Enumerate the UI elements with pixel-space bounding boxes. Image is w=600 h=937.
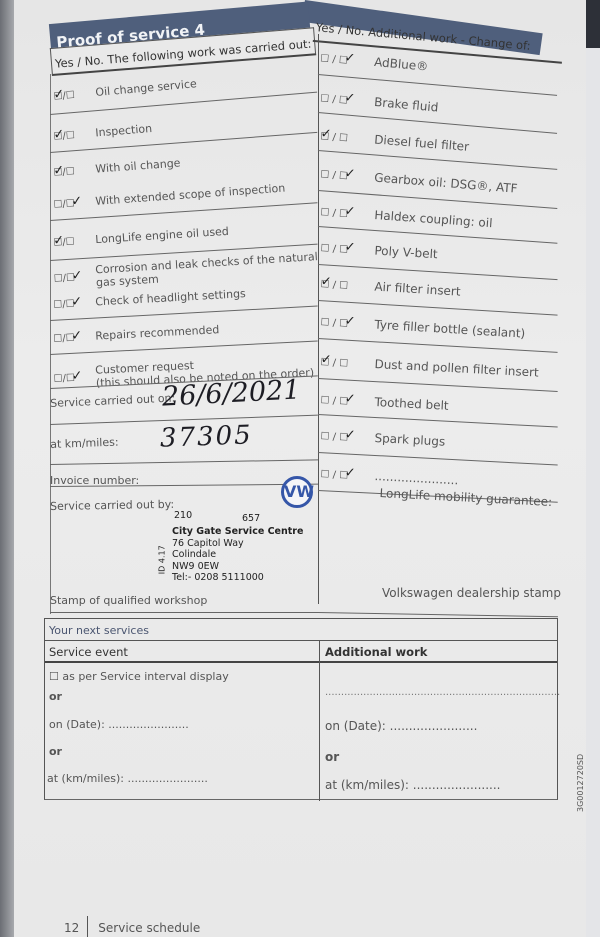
work-row: ☐/☐✓With extended scope of inspection [50,179,318,211]
work-row: ☐/☐✓Inspection [50,109,318,143]
tick-icon: ✓ [71,328,83,344]
work-label: LongLife engine oil used [95,225,229,246]
yes-no-checkbox[interactable]: ☐/☐✓ [53,332,88,345]
additional-work-label: Brake fluid [374,95,439,115]
additional-work-row: ☐ / ☐✓Brake fluid [317,90,557,125]
work-row: ☐/☐✓LongLife engine oil used [50,219,318,249]
yes-no-checkbox[interactable]: ☐/☐✓ [53,272,88,285]
workshop-area: Colindale [172,549,216,560]
stamp-side-code: ID 4.17 [157,545,169,574]
tick-icon: ✓ [71,194,83,210]
workshop-street: 76 Capitol Way [172,538,244,549]
page-footer: 12Service schedule [64,916,200,935]
additional-work-row: ☐ / ☐✓Gearbox oil: DSG®, ATF [317,166,557,199]
work-label: With oil change [95,156,181,175]
tick-icon: ✓ [344,391,356,407]
tick-icon: ✓ [344,90,356,106]
yes-no-checkbox[interactable]: ☐/☐✓ [53,165,88,178]
yes-no-checkbox[interactable]: ☐ / ☐✓ [320,357,355,370]
additional-work-row: ☐ / ☐✓Diesel fuel filter [317,128,557,161]
document-code: 3G0012720SD [576,754,585,812]
additional-work-label: Air filter insert [374,279,461,298]
tick-icon: ✓ [344,166,356,182]
tick-icon: ✓ [344,204,356,220]
tick-icon: ✓ [344,50,356,66]
service-event-header: Service event [49,645,128,659]
next-mileage-field[interactable]: at (km/miles): ....................... [47,772,208,785]
additional-work-row: ☐ / ☐✓Haldex coupling: oil [317,204,557,235]
table-rule [50,612,318,613]
proof-of-service-table: Proof of service 4 Yes / No. The followi… [50,14,555,610]
next-services-header-row: Service event Additional work [45,641,557,663]
tick-icon: ✓ [71,294,83,310]
additional-work-label: Haldex coupling: oil [374,208,493,230]
yes-no-checkbox[interactable]: ☐/☐✓ [53,129,88,143]
yes-no-checkbox[interactable]: ☐ / ☐✓ [320,207,355,220]
table-rule [318,378,558,392]
or-label-3: or [325,750,339,764]
additional-work-row: ☐ / ☐✓Poly V-belt [317,240,557,269]
table-rule [50,459,318,465]
tick-icon: ✓ [320,352,332,368]
yes-no-checkbox[interactable]: ☐ / ☐✓ [320,93,355,107]
tick-icon: ✓ [344,427,356,443]
tick-icon: ✓ [344,240,356,256]
yes-no-checkbox[interactable]: ☐ / ☐✓ [320,279,355,292]
work-row: ☐/☐✓With oil change [50,146,318,179]
tick-icon: ✓ [320,274,332,290]
additional-mileage-field[interactable]: at (km/miles): ....................... [325,778,501,792]
workshop-name: City Gate Service Centre [172,526,303,537]
page-number: 12 [64,921,79,935]
additional-work-row: ☐ / ☐✓Air filter insert [317,276,557,305]
yes-no-checkbox[interactable]: ☐ / ☐✓ [320,317,355,330]
interval-display-checkbox[interactable]: ☐ as per Service interval display [49,670,229,683]
book-spine-edge [0,0,14,937]
work-label: Oil change service [95,77,197,99]
next-date-field[interactable]: on (Date): ....................... [49,718,189,731]
yes-no-checkbox[interactable]: ☐ / ☐✓ [320,243,355,256]
yes-no-checkbox[interactable]: ☐/☐✓ [53,89,88,103]
yes-no-checkbox[interactable]: ☐/☐✓ [53,236,88,249]
additional-work-label[interactable]: ...................... [374,469,459,487]
additional-work-header: Additional work [325,645,427,659]
yes-no-checkbox[interactable]: ☐ / ☐✓ [320,169,355,183]
yes-no-checkbox[interactable]: ☐ / ☐✓ [320,53,355,67]
additional-work-row: ☐ / ☐✓Spark plugs [317,428,557,455]
work-label: Check of headlight settings [95,287,246,308]
stamp-number-right: 657 [242,513,260,525]
work-label: Repairs recommended [95,323,220,342]
tick-icon: ✓ [71,368,83,384]
section-name: Service schedule [98,921,200,935]
tick-icon: ✓ [53,87,65,103]
yes-no-checkbox[interactable]: ☐ / ☐✓ [320,431,355,444]
yes-no-checkbox[interactable]: ☐/☐✓ [53,298,88,311]
tick-icon: ✓ [344,465,356,481]
additional-work-label: Spark plugs [374,431,445,449]
dealership-stamp-label: Volkswagen dealership stamp [382,586,600,600]
table-rule [318,452,558,466]
tick-icon: ✓ [53,233,65,249]
tick-icon: ✓ [320,126,332,142]
yes-no-checkbox[interactable]: ☐/☐✓ [53,372,87,385]
additional-work-label: Toothed belt [374,395,449,413]
tick-icon: ✓ [71,268,83,284]
tick-icon: ✓ [344,314,356,330]
next-services-title: Your next services [45,619,557,641]
invoice-number-label: Invoice number: [50,474,318,487]
additional-work-label: Gearbox oil: DSG®, ATF [374,170,518,195]
additional-work-label: Poly V-belt [374,243,438,261]
work-label: With extended scope of inspection [95,182,286,208]
work-row: ☐/☐✓Repairs recommended [50,318,318,345]
stamp-number-left: 210 [174,510,192,522]
additional-work-label: AdBlue® [374,55,429,74]
additional-work-label: Dust and pollen filter insert [374,357,539,380]
additional-work-row: ☐ / ☐✓Dust and pollen filter insert [317,354,557,381]
next-services-divider [319,641,320,801]
tick-icon: ✓ [53,127,65,143]
footer-separator [87,916,88,937]
work-label: Inspection [95,122,153,139]
additional-work-label: Tyre filler bottle (sealant) [374,317,526,340]
additional-date-field[interactable]: on (Date): ....................... [325,719,477,733]
service-date-value: 26/6/2021 [161,374,301,412]
yes-no-checkbox[interactable]: ☐ / ☐✓ [320,469,355,482]
yes-no-checkbox[interactable]: ☐ / ☐✓ [320,131,355,145]
stamp-address: City Gate Service Centre 76 Capitol Way … [172,526,303,584]
or-label: or [49,690,62,703]
additional-work-row: ☐ / ☐✓Toothed belt [317,392,557,419]
additional-work-row: ☐ / ☐✓Tyre filler bottle (sealant) [317,314,557,343]
stamp-qualified-workshop-label: Stamp of qualified workshop [50,594,318,607]
mileage-value: 37305 [160,420,254,453]
next-services-table: Your next services Service event Additio… [44,618,558,800]
tick-icon: ✓ [53,163,65,179]
additional-work-field[interactable]: ........................................… [325,687,560,698]
or-label-2: or [49,745,62,758]
workshop-phone: Tel:- 0208 5111000 [172,572,264,583]
workshop-postcode: NW9 0EW [172,561,219,572]
additional-work-label: Diesel fuel filter [374,132,470,153]
yes-no-checkbox[interactable]: ☐ / ☐✓ [320,395,355,408]
yes-no-checkbox[interactable]: ☐/☐✓ [53,197,88,210]
